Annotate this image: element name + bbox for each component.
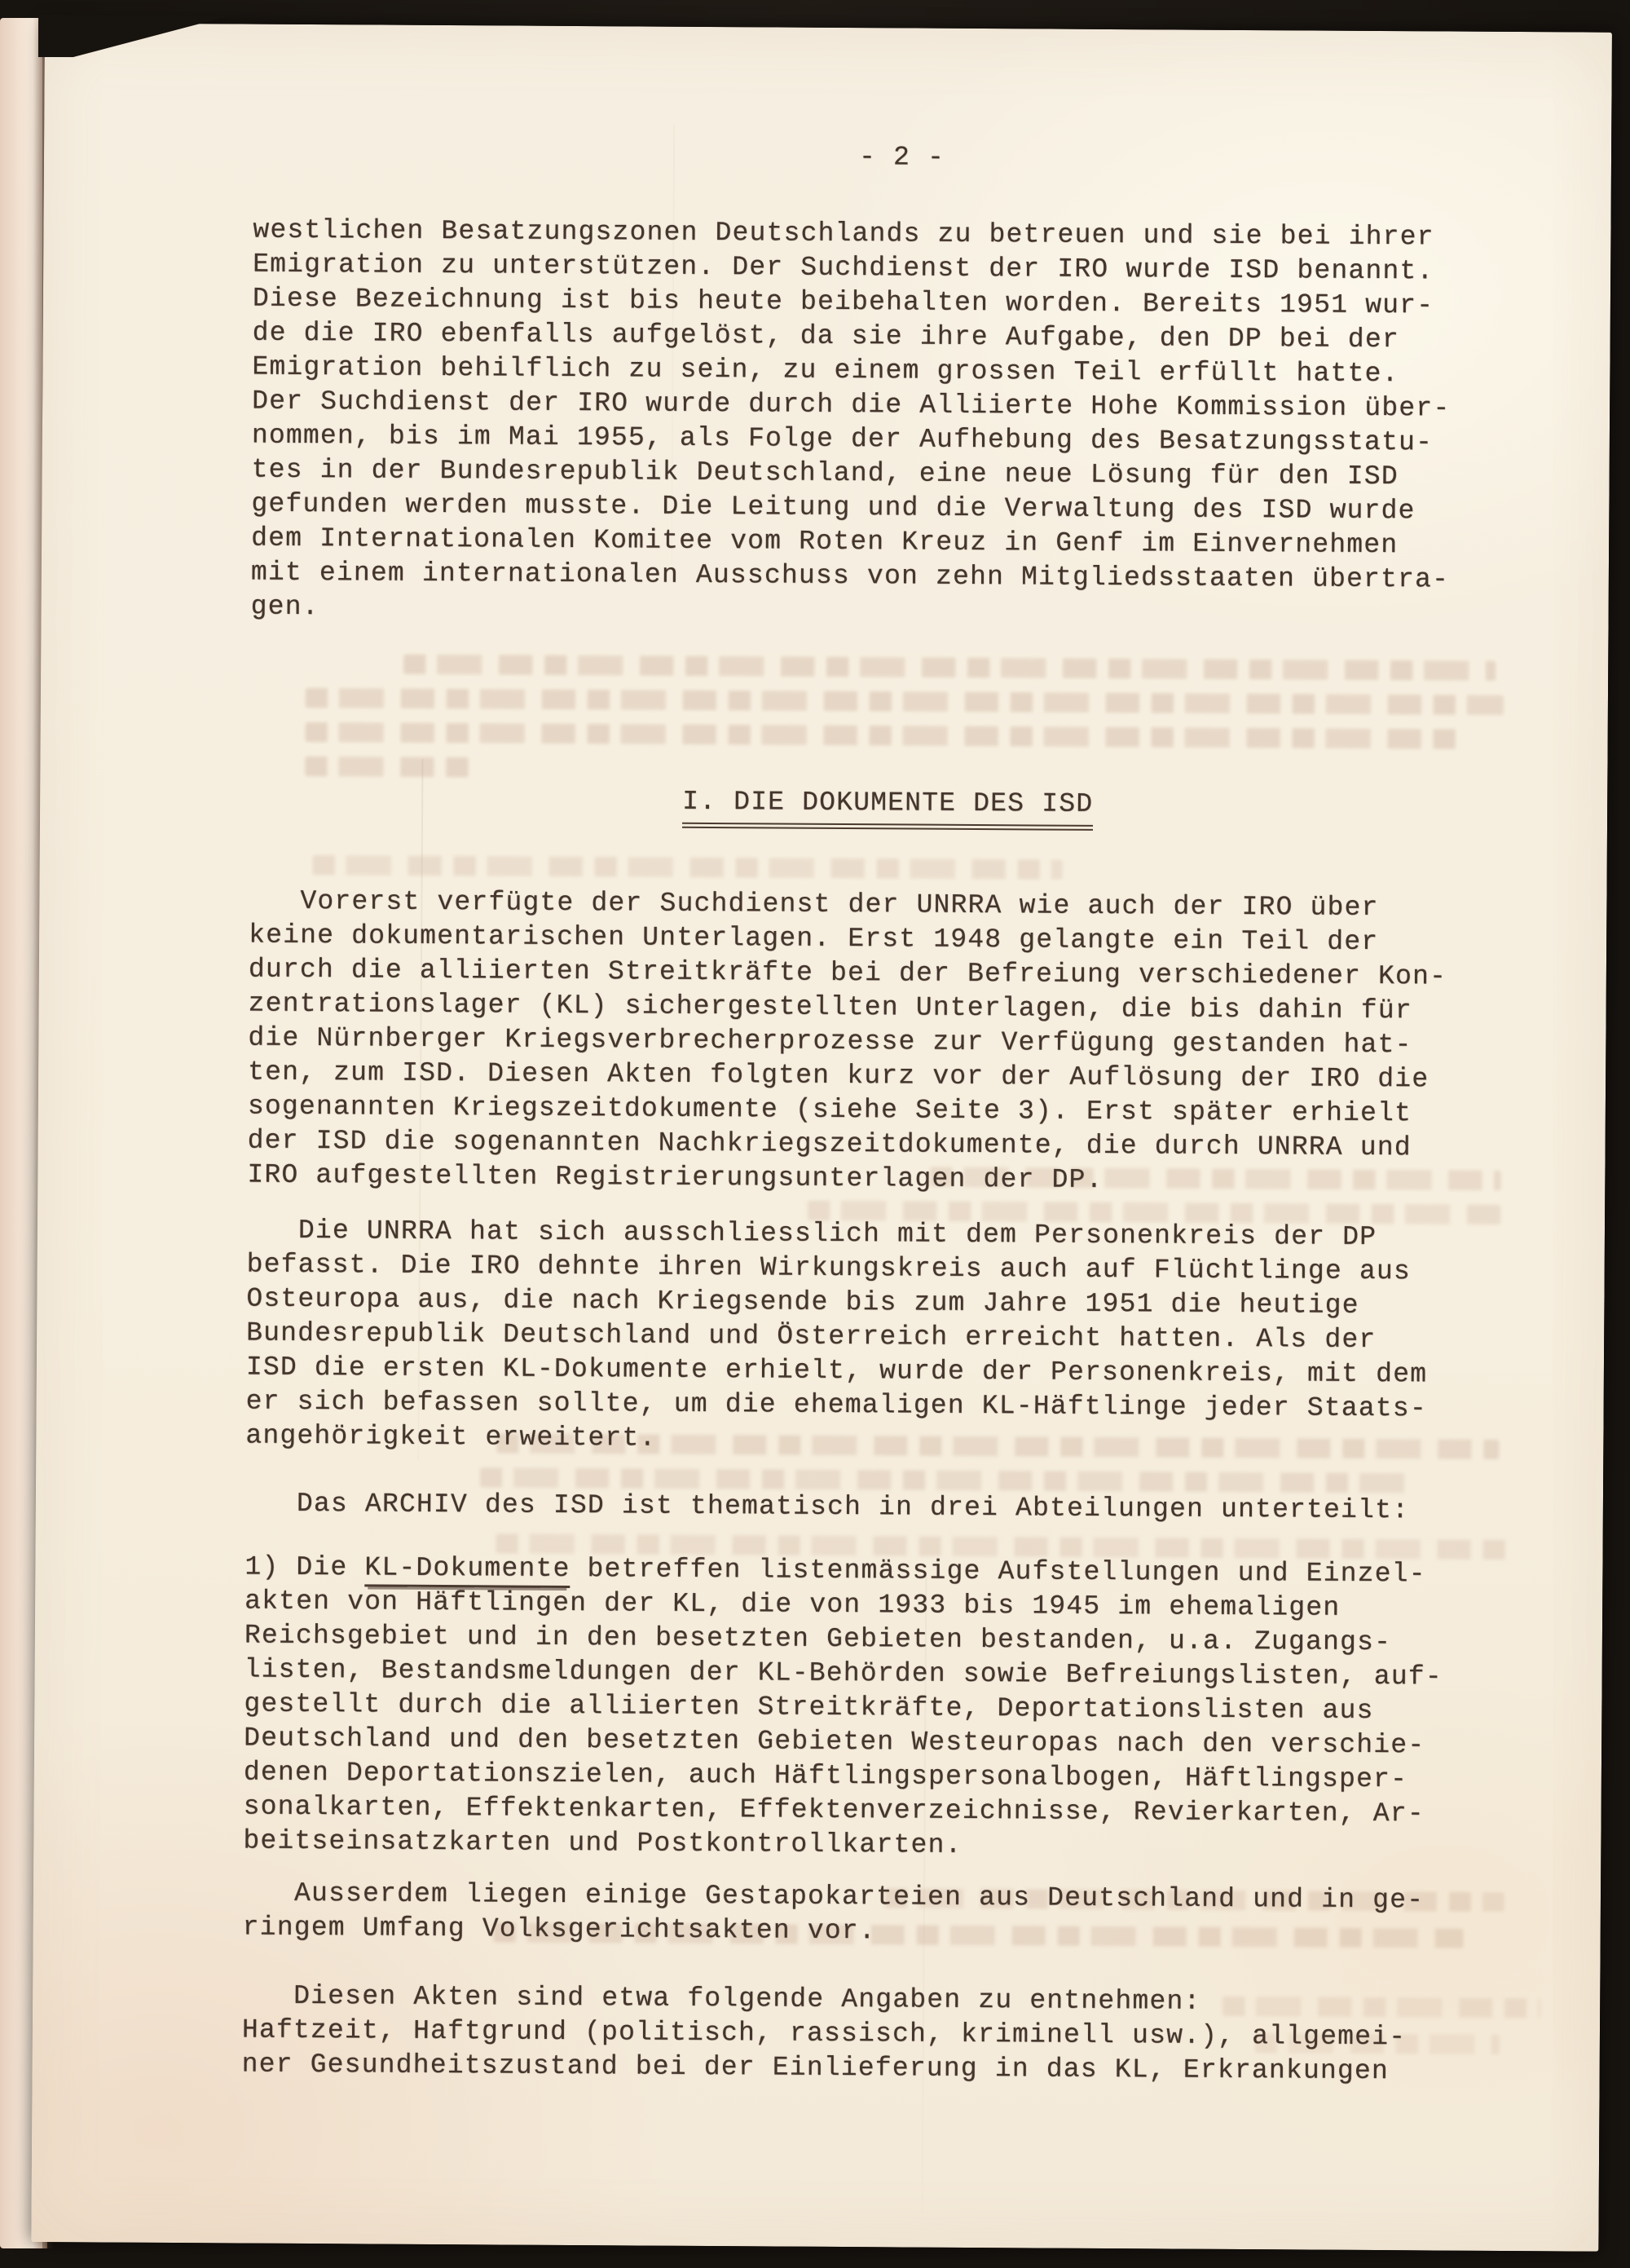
- paragraph-file-contents: Diesen Akten sind etwa folgende Angaben …: [242, 1979, 1407, 2089]
- paragraph-documents-history: Vorerst verfügte der Suchdienst der UNRR…: [247, 885, 1447, 1200]
- bleedthrough-line: [313, 855, 1063, 880]
- page-number: - 2 -: [859, 140, 945, 175]
- list-item-kl-documents: 1) Die KL-Dokumente betreffen listenmäss…: [243, 1551, 1443, 1866]
- bleedthrough-line: [305, 757, 472, 777]
- section-heading-text: I. DIE DOKUMENTE DES ISD: [682, 785, 1093, 831]
- bleedthrough-line: [306, 688, 1504, 715]
- section-heading: I. DIE DOKUMENTE DES ISD: [682, 785, 1093, 831]
- page-corner-fold: [38, 15, 230, 58]
- paragraph-intro-continuation: westlichen Besatzungszonen Deutschlands …: [250, 214, 1451, 632]
- bleedthrough-line: [306, 722, 1463, 749]
- scanned-page: - 2 - westlichen Besatzungszonen Deutsch…: [31, 23, 1612, 2252]
- list-item-prefix: 1) Die: [244, 1552, 364, 1583]
- paragraph-archive-divisions: Das ARCHIV des ISD ist thematisch in dre…: [245, 1487, 1409, 1529]
- bleedthrough-line: [403, 655, 1496, 681]
- paragraph-gestapo-files: Ausserdem liegen einige Gestapokarteien …: [243, 1877, 1425, 1953]
- underlined-term: KL-Dokumente: [364, 1552, 570, 1588]
- paragraph-unrra-iro-scope: Die UNRRA hat sich ausschliesslich mit d…: [245, 1214, 1428, 1461]
- list-item-body: betreffen listenmässige Aufstellungen un…: [243, 1554, 1443, 1860]
